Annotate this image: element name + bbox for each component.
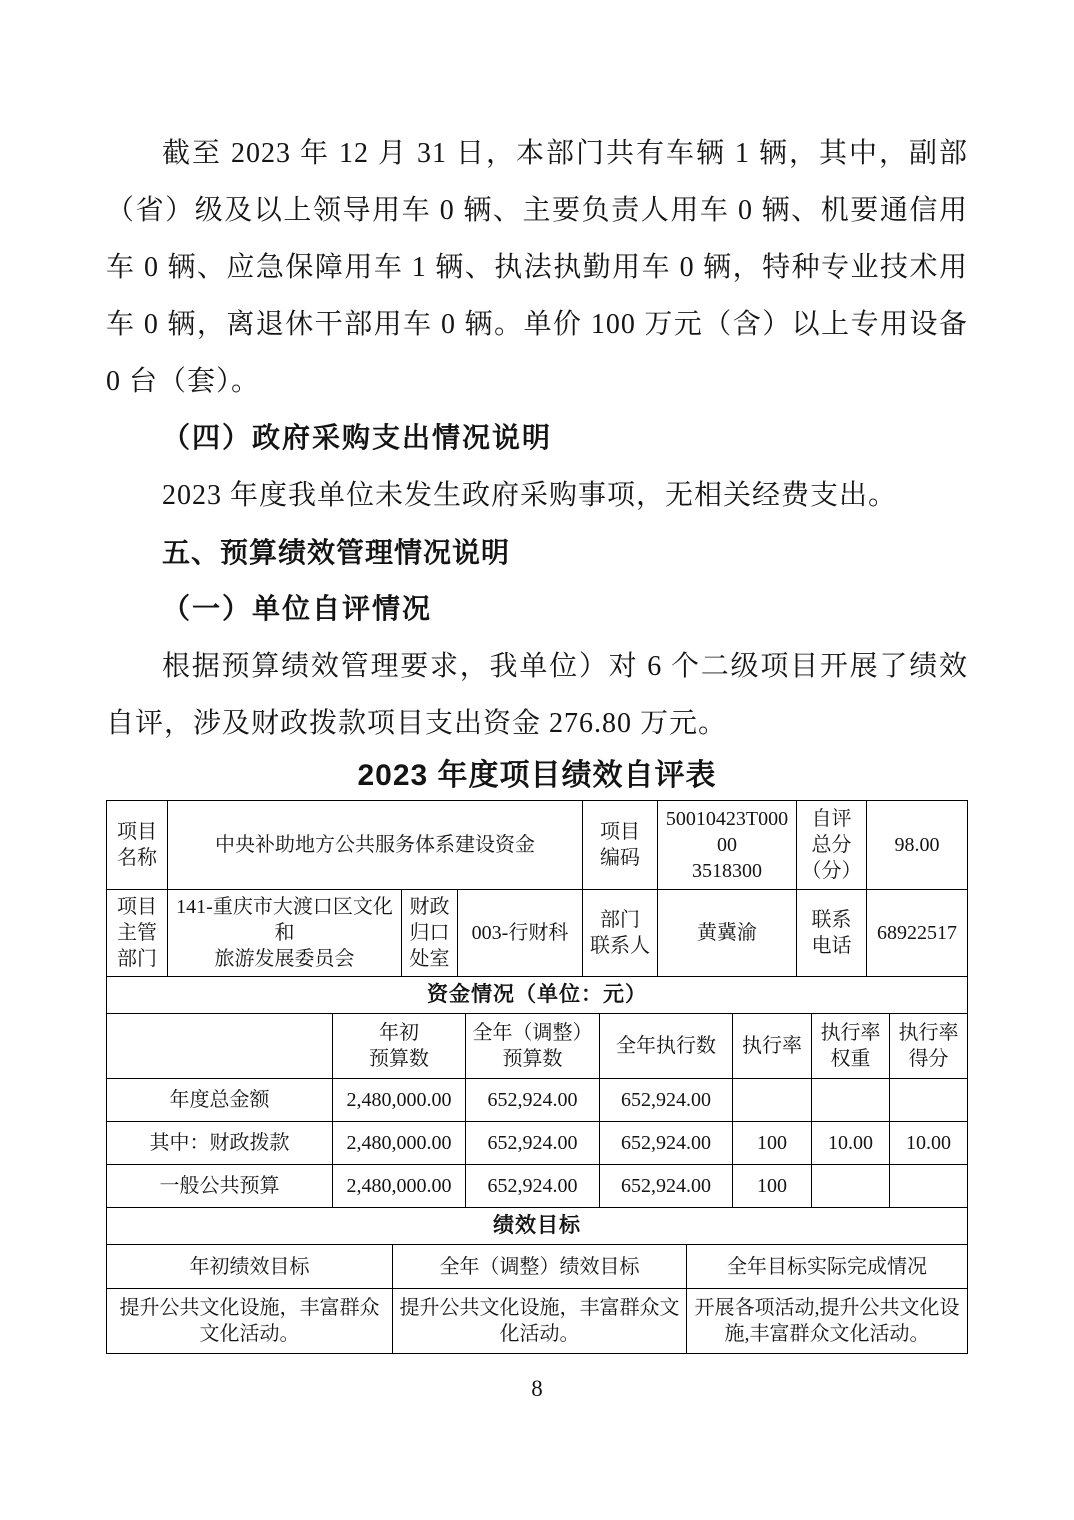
- goals-content-row: 提升公共文化设施，丰富群众文化活动。 提升公共文化设施，丰富群众文化活动。 开展…: [107, 1289, 968, 1354]
- cell-funding-header-executed: 全年执行数: [600, 1014, 733, 1079]
- cell-value: 10.00: [812, 1122, 890, 1165]
- heading-budget-performance: 五、预算绩效管理情况说明: [106, 524, 968, 581]
- cell-goal-actual: 开展各项活动,提升公共文化设施,丰富群众文化活动。: [687, 1289, 968, 1354]
- paragraph-vehicle-summary: 截至 2023 年 12 月 31 日，本部门共有车辆 1 辆，其中，副部（省）…: [106, 125, 968, 410]
- cell-funding-header-blank: [107, 1014, 333, 1079]
- cell-contact-value: 黄冀渝: [658, 890, 797, 977]
- cell-value: [812, 1165, 890, 1208]
- cell-dept-value: 141-重庆市大渡口区文化和 旅游发展委员会: [168, 890, 402, 977]
- cell-self-score-value: 98.00: [867, 801, 968, 890]
- cell-phone-value: 68922517: [867, 890, 968, 977]
- cell-value: [733, 1079, 812, 1122]
- funding-row-general-budget: 一般公共预算 2,480,000.00 652,924.00 652,924.0…: [107, 1165, 968, 1208]
- cell-funding-header-rate-score: 执行率 得分: [890, 1014, 968, 1079]
- cell-row-label: 一般公共预算: [107, 1165, 333, 1208]
- funding-section-banner: 资金情况（单位：元）: [107, 977, 968, 1014]
- cell-finance-office-label: 财政 归口 处室: [402, 890, 458, 977]
- cell-value: 652,924.00: [600, 1079, 733, 1122]
- funding-banner-table: 资金情况（单位：元）: [106, 976, 968, 1014]
- table-row: 项目 名称 中央补助地方公共服务体系建设资金 项目 编码 50010423T00…: [107, 801, 968, 890]
- cell-value: 652,924.00: [466, 1079, 600, 1122]
- cell-self-score-label: 自评 总分 （分）: [797, 801, 867, 890]
- cell-contact-label: 部门 联系人: [583, 890, 658, 977]
- cell-value: 10.00: [890, 1122, 968, 1165]
- cell-phone-label: 联系 电话: [797, 890, 867, 977]
- goals-section-banner: 绩效目标: [107, 1208, 968, 1245]
- project-info-table: 项目 名称 中央补助地方公共服务体系建设资金 项目 编码 50010423T00…: [106, 800, 968, 977]
- cell-goal-initial: 提升公共文化设施，丰富群众文化活动。: [107, 1289, 393, 1354]
- document-page: 截至 2023 年 12 月 31 日，本部门共有车辆 1 辆，其中，副部（省）…: [0, 0, 1074, 1520]
- cell-project-code-label: 项目 编码: [583, 801, 658, 890]
- funding-row-fiscal: 其中：财政拨款 2,480,000.00 652,924.00 652,924.…: [107, 1122, 968, 1165]
- funding-row-total: 年度总金额 2,480,000.00 652,924.00 652,924.00: [107, 1079, 968, 1122]
- paragraph-procurement: 2023 年度我单位未发生政府采购事项，无相关经费支出。: [106, 467, 968, 524]
- cell-value: 100: [733, 1165, 812, 1208]
- heading-gov-procurement: （四）政府采购支出情况说明: [106, 410, 968, 467]
- cell-value: 2,480,000.00: [333, 1165, 466, 1208]
- goals-table: 年初绩效目标 全年（调整）绩效目标 全年目标实际完成情况 提升公共文化设施，丰富…: [106, 1244, 968, 1354]
- table-row: 绩效目标: [107, 1208, 968, 1245]
- funding-table: 年初 预算数 全年（调整）预算数 全年执行数 执行率 执行率 权重 执行率 得分…: [106, 1013, 968, 1208]
- cell-row-label: 年度总金额: [107, 1079, 333, 1122]
- cell-row-label: 其中：财政拨款: [107, 1122, 333, 1165]
- table-row: 资金情况（单位：元）: [107, 977, 968, 1014]
- paragraph-self-evaluation: 根据预算绩效管理要求，我单位）对 6 个二级项目开展了绩效自评，涉及财政拨款项目…: [106, 638, 968, 752]
- goals-header-row: 年初绩效目标 全年（调整）绩效目标 全年目标实际完成情况: [107, 1245, 968, 1289]
- cell-finance-office-value: 003-行财科: [458, 890, 583, 977]
- cell-goals-header-actual: 全年目标实际完成情况: [687, 1245, 968, 1289]
- cell-value: 2,480,000.00: [333, 1122, 466, 1165]
- goals-banner-table: 绩效目标: [106, 1207, 968, 1245]
- cell-value: 652,924.00: [466, 1165, 600, 1208]
- cell-project-code-value: 50010423T00000 3518300: [658, 801, 797, 890]
- table-row: 项目 主管 部门 141-重庆市大渡口区文化和 旅游发展委员会 财政 归口 处室…: [107, 890, 968, 977]
- table-title: 2023 年度项目绩效自评表: [106, 752, 968, 800]
- cell-goals-header-initial: 年初绩效目标: [107, 1245, 393, 1289]
- cell-project-name-label: 项目 名称: [107, 801, 168, 890]
- cell-project-name-value: 中央补助地方公共服务体系建设资金: [168, 801, 583, 890]
- cell-funding-header-adjusted-budget: 全年（调整）预算数: [466, 1014, 600, 1079]
- cell-value: [890, 1165, 968, 1208]
- cell-funding-header-initial-budget: 年初 预算数: [333, 1014, 466, 1079]
- self-eval-table: 项目 名称 中央补助地方公共服务体系建设资金 项目 编码 50010423T00…: [106, 800, 968, 1354]
- cell-value: 2,480,000.00: [333, 1079, 466, 1122]
- cell-value: 652,924.00: [600, 1122, 733, 1165]
- heading-self-evaluation: （一）单位自评情况: [106, 581, 968, 638]
- cell-value: [812, 1079, 890, 1122]
- funding-header-row: 年初 预算数 全年（调整）预算数 全年执行数 执行率 执行率 权重 执行率 得分: [107, 1014, 968, 1079]
- cell-goal-adjusted: 提升公共文化设施，丰富群众文化活动。: [393, 1289, 687, 1354]
- cell-dept-label: 项目 主管 部门: [107, 890, 168, 977]
- cell-funding-header-exec-rate: 执行率: [733, 1014, 812, 1079]
- cell-funding-header-rate-weight: 执行率 权重: [812, 1014, 890, 1079]
- cell-goals-header-adjusted: 全年（调整）绩效目标: [393, 1245, 687, 1289]
- cell-value: 652,924.00: [600, 1165, 733, 1208]
- cell-value: [890, 1079, 968, 1122]
- cell-value: 652,924.00: [466, 1122, 600, 1165]
- page-number: 8: [0, 1375, 1074, 1403]
- cell-value: 100: [733, 1122, 812, 1165]
